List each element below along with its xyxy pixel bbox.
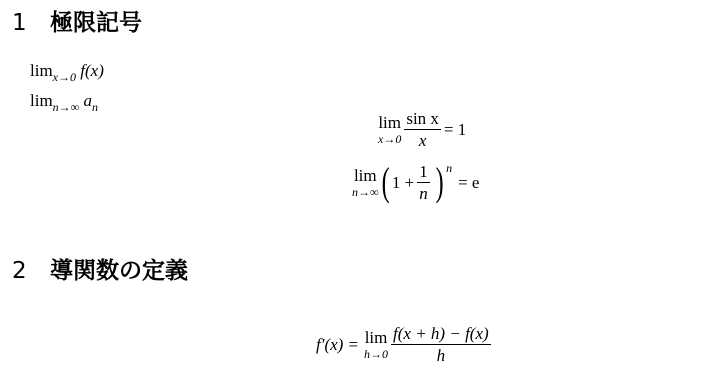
fraction: f(x + h) − f(x)h (391, 325, 491, 364)
fraction: sin xx (404, 110, 441, 149)
fraction: 1n (417, 163, 430, 202)
section-heading-1: 1極限記号 (12, 12, 142, 35)
display-formula-e-limit: limn→∞ ( 1 + 1n )n = e (352, 162, 479, 202)
section-title: 導関数の定義 (50, 258, 188, 284)
section-title: 極限記号 (50, 10, 142, 36)
section-heading-2: 2導関数の定義 (12, 260, 188, 283)
section-number: 2 (12, 260, 50, 283)
section-number: 1 (12, 12, 50, 35)
inline-formula-limit-an: limn→∞ an (30, 92, 98, 113)
display-formula-derivative: f′(x) = limh→0 f(x + h) − f(x)h (316, 325, 494, 364)
inline-formula-limit-fx: limx→0 f(x) (30, 62, 104, 83)
display-formula-sinx-over-x: limx→0 sin xx = 1 (378, 110, 466, 149)
